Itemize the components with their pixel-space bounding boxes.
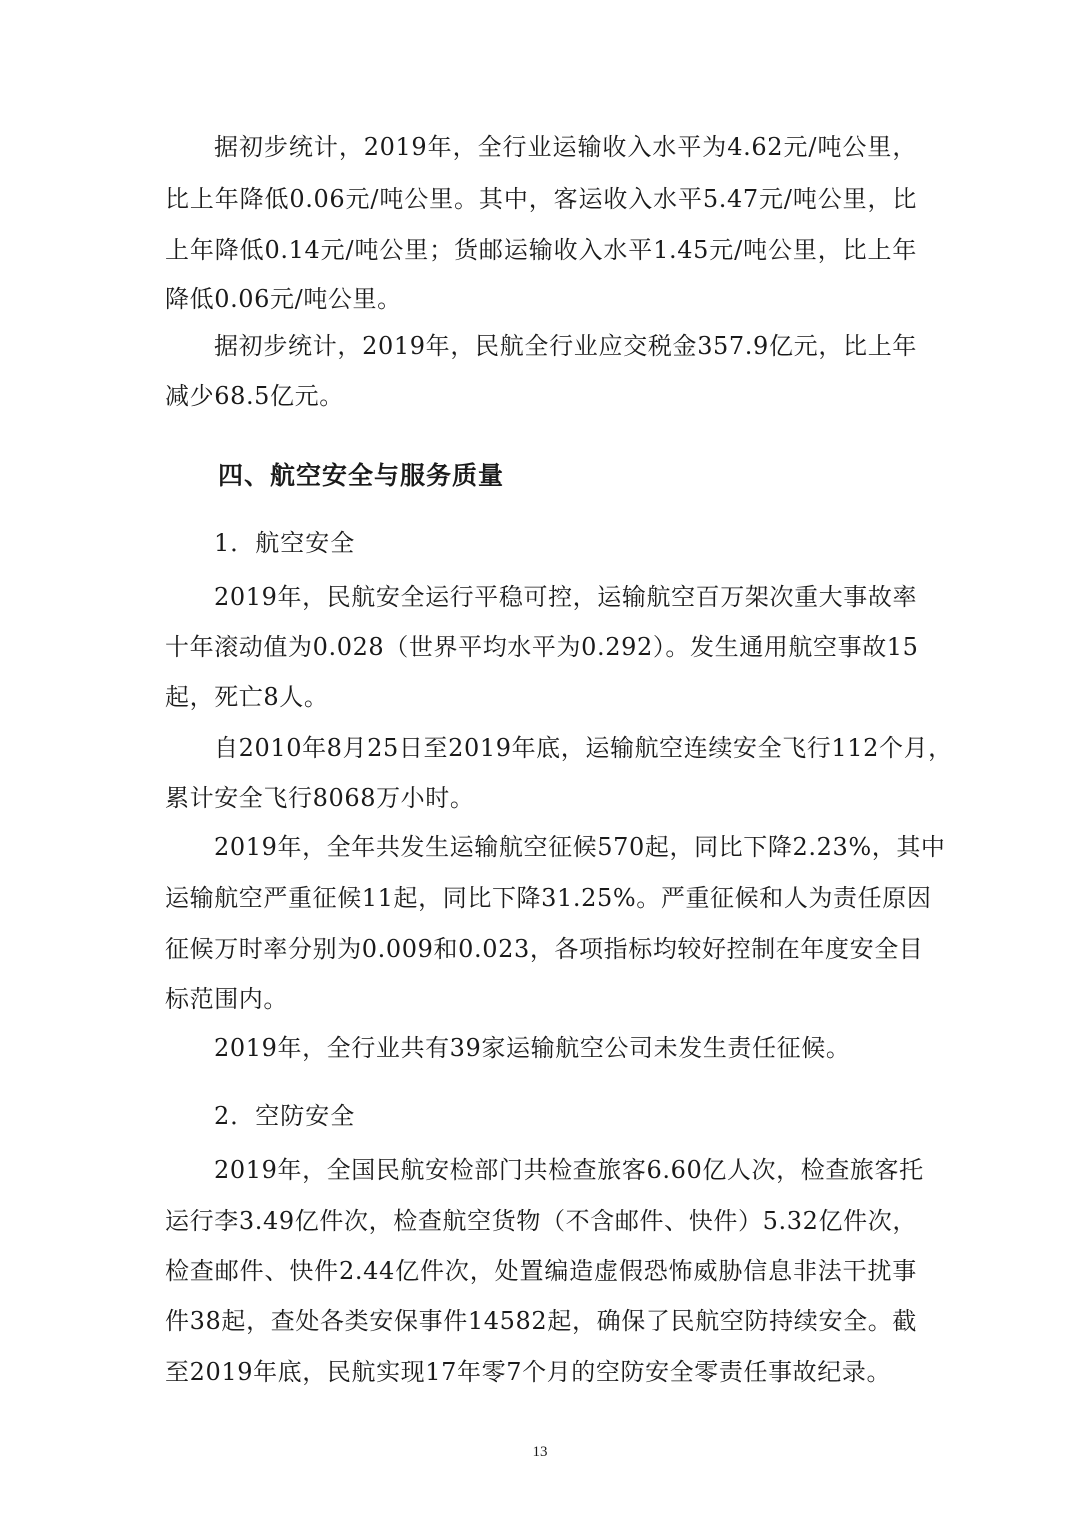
text-line: 标范围内。 bbox=[165, 984, 917, 1014]
text-line: 至2019年底，民航实现17年零7个月的空防安全零责任事故纪录。 bbox=[165, 1357, 917, 1387]
text-line: 征候万时率分别为0.009和0.023，各项指标均较好控制在年度安全目 bbox=[165, 934, 917, 964]
text-line: 十年滚动值为0.028（世界平均水平为0.292）。发生通用航空事故15 bbox=[165, 632, 917, 662]
subsection-heading-aviation-security: 2．空防安全 bbox=[214, 1101, 355, 1131]
text-line: 2019年，全年共发生运输航空征候570起，同比下降2.23%，其中 bbox=[214, 832, 917, 862]
text-line: 检查邮件、快件2.44亿件次，处置编造虚假恐怖威胁信息非法干扰事 bbox=[165, 1256, 917, 1286]
text-line: 2019年，全国民航安检部门共检查旅客6.60亿人次，检查旅客托 bbox=[214, 1155, 917, 1185]
text-line: 件38起，查处各类安保事件14582起，确保了民航空防持续安全。截 bbox=[165, 1306, 917, 1336]
text-line: 自2010年8月25日至2019年底，运输航空连续安全飞行112个月， bbox=[214, 733, 917, 763]
text-line: 上年降低0.14元/吨公里；货邮运输收入水平1.45元/吨公里，比上年 bbox=[165, 235, 917, 265]
text-line: 累计安全飞行8068万小时。 bbox=[165, 783, 917, 813]
text-line: 运输航空严重征候11起，同比下降31.25%。严重征候和人为责任原因 bbox=[165, 883, 917, 913]
text-line: 据初步统计，2019年，民航全行业应交税金357.9亿元，比上年 bbox=[214, 331, 917, 361]
page-number: 13 bbox=[0, 1443, 1080, 1461]
section-heading: 四、航空安全与服务质量 bbox=[218, 461, 504, 491]
text-line: 比上年降低0.06元/吨公里。其中，客运收入水平5.47元/吨公里，比 bbox=[165, 184, 917, 214]
text-line: 降低0.06元/吨公里。 bbox=[165, 284, 917, 314]
text-line: 据初步统计，2019年，全行业运输收入水平为4.62元/吨公里， bbox=[214, 132, 917, 162]
text-line: 起，死亡8人。 bbox=[165, 682, 917, 712]
subsection-heading-aviation-safety: 1．航空安全 bbox=[214, 528, 355, 558]
document-page: 据初步统计，2019年，全行业运输收入水平为4.62元/吨公里， 比上年降低0.… bbox=[0, 0, 1080, 1528]
text-line: 2019年，全行业共有39家运输航空公司未发生责任征候。 bbox=[214, 1033, 917, 1063]
text-line: 2019年，民航安全运行平稳可控，运输航空百万架次重大事故率 bbox=[214, 582, 917, 612]
text-line: 运行李3.49亿件次，检查航空货物（不含邮件、快件）5.32亿件次， bbox=[165, 1206, 917, 1236]
text-line: 减少68.5亿元。 bbox=[165, 381, 917, 411]
